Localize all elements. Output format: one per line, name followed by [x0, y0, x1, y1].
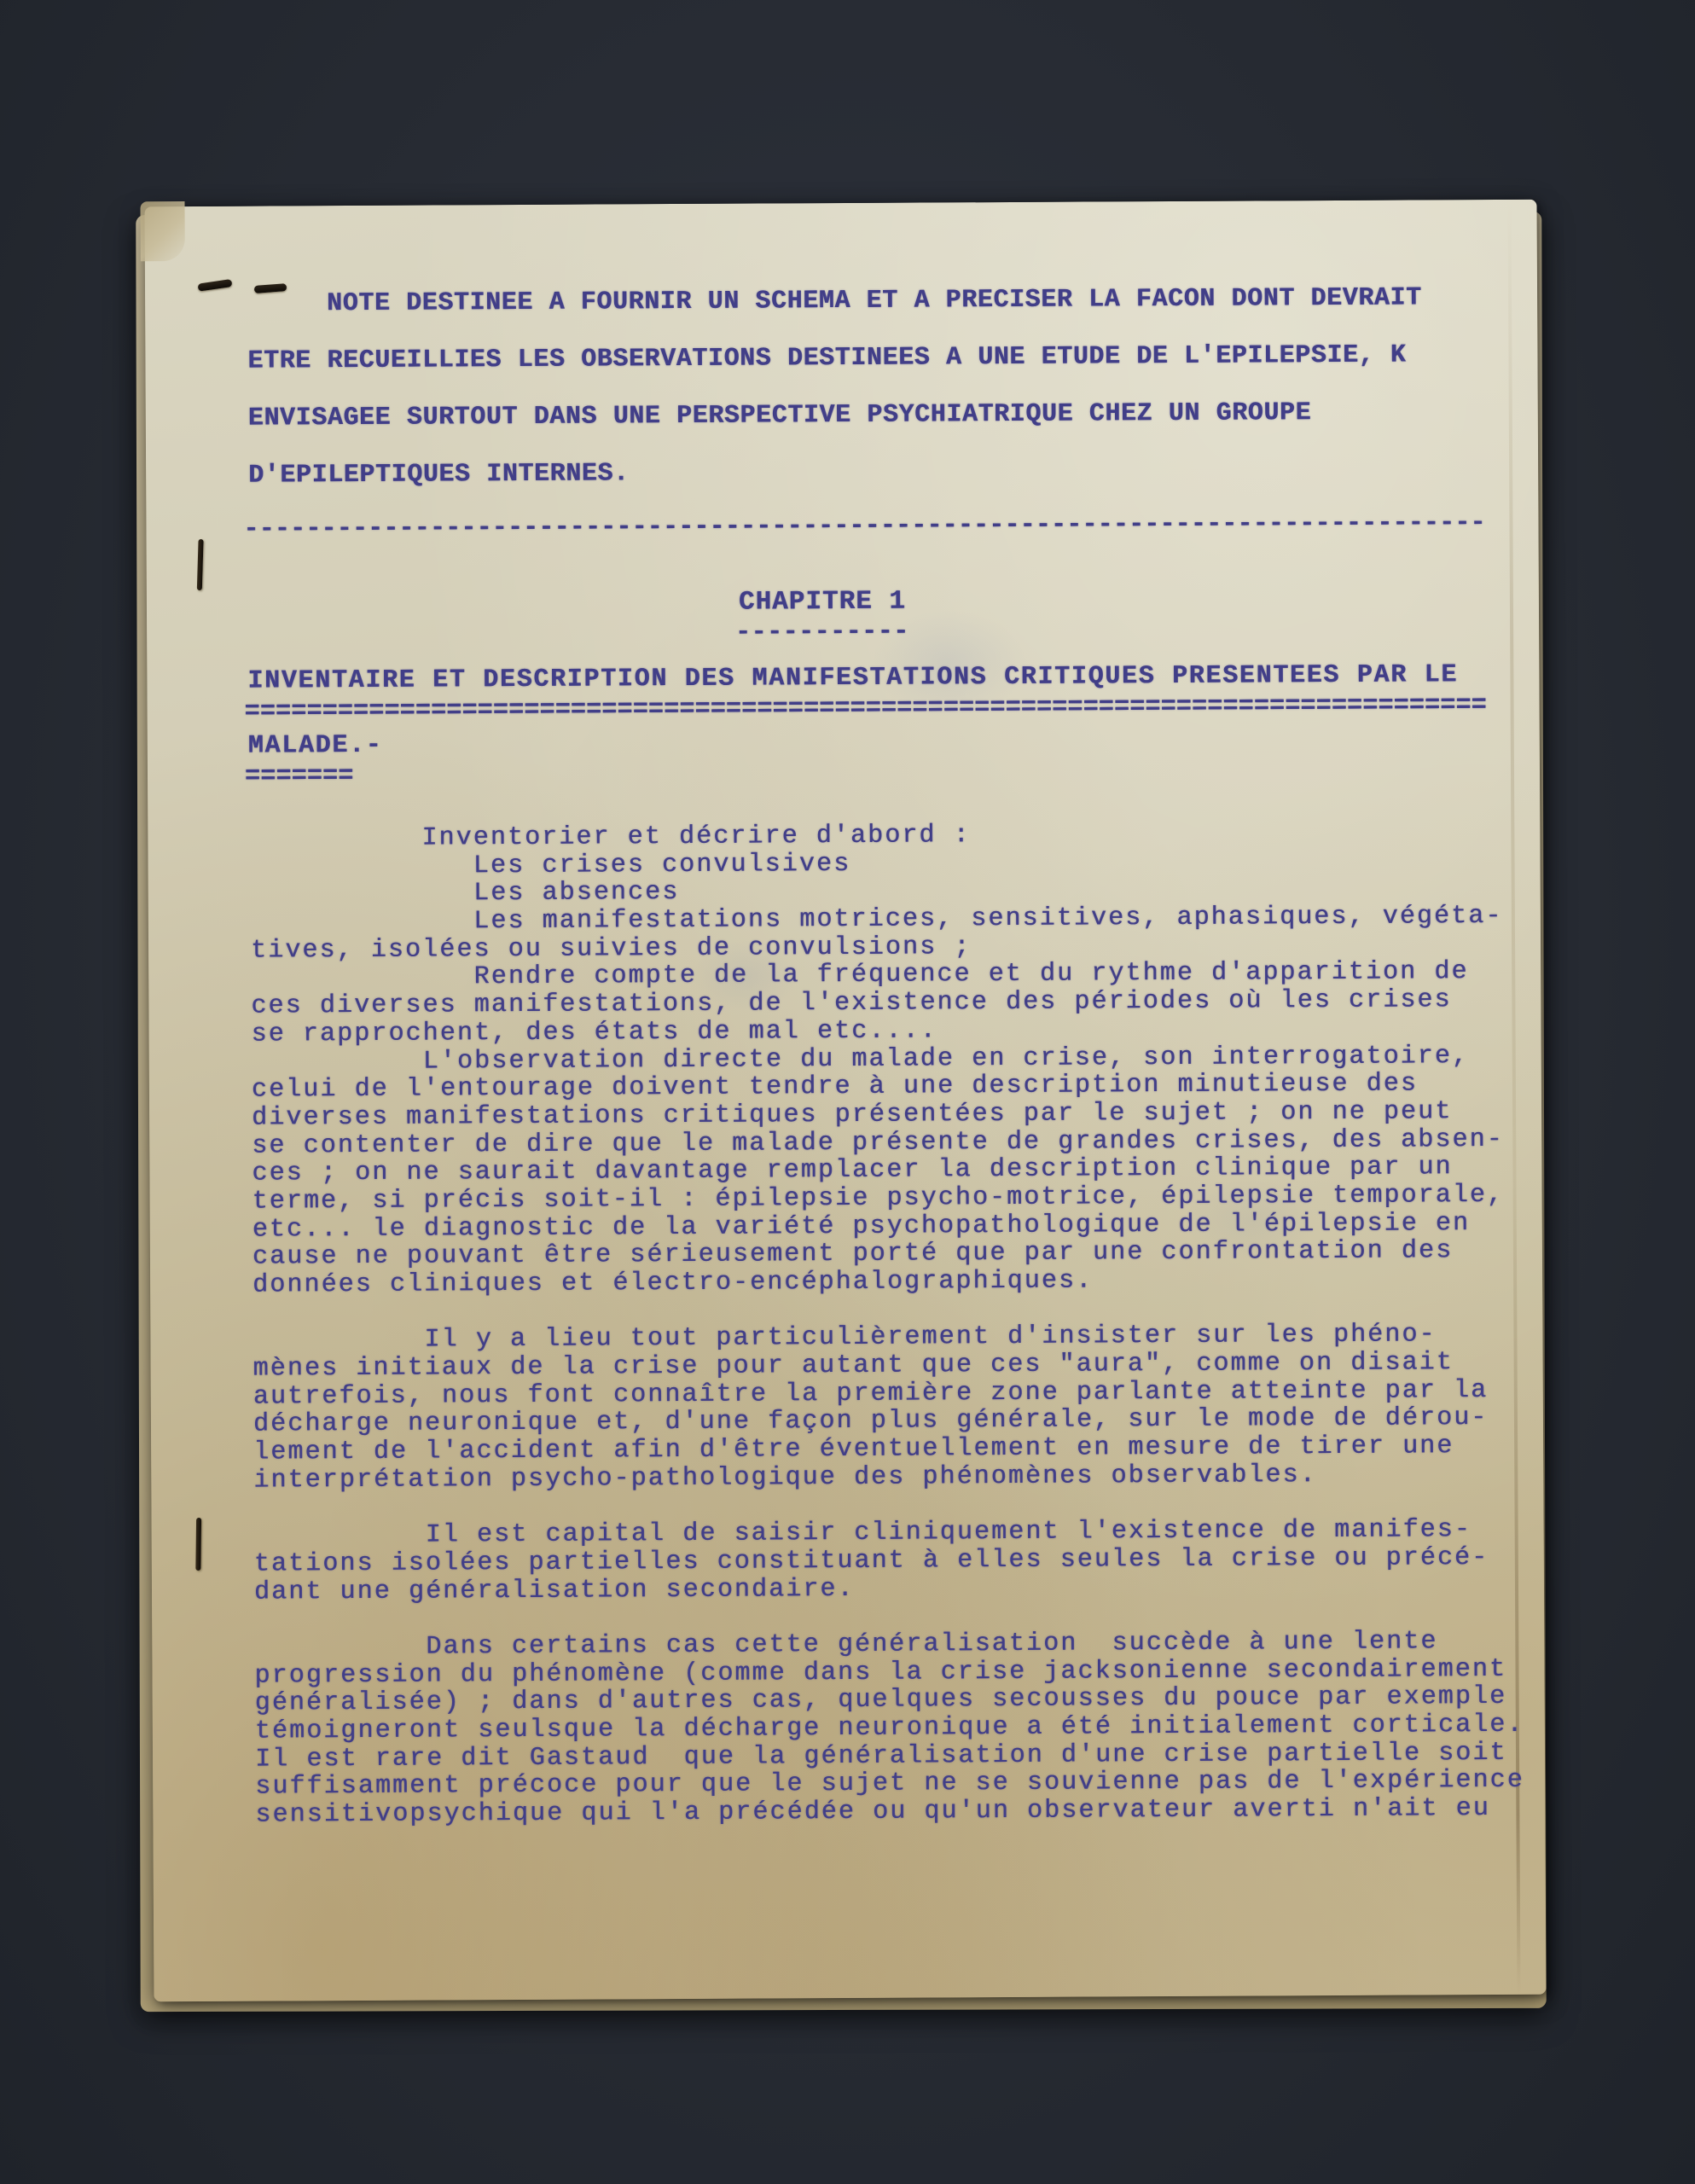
- chapter-heading: CHAPITRE 1: [739, 587, 906, 618]
- dashed-rule: ----------------------------------------…: [243, 508, 1499, 544]
- section-heading-continuation: MALADE.-: [248, 731, 383, 761]
- section-heading-underline: ========================================…: [245, 691, 1501, 727]
- worn-corner: [140, 201, 184, 261]
- staple-mark-icon: [197, 539, 204, 590]
- document-page: NOTE DESTINEE A FOURNIR UN SCHEMA ET A P…: [145, 200, 1547, 2002]
- staple-mark-icon: [198, 279, 233, 292]
- document-title: NOTE DESTINEE A FOURNIR UN SCHEMA ET A P…: [247, 270, 1423, 504]
- section-heading: INVENTAIRE ET DESCRIPTION DES MANIFESTAT…: [247, 660, 1458, 695]
- chapter-heading-underline: -----------: [735, 618, 909, 648]
- staple-mark-icon: [195, 1518, 201, 1571]
- body-text: Inventorier et décrire d'abord : Les cri…: [250, 819, 1524, 1830]
- photo-background: NOTE DESTINEE A FOURNIR UN SCHEMA ET A P…: [0, 0, 1695, 2184]
- section-heading-continuation-underline: =======: [245, 762, 354, 792]
